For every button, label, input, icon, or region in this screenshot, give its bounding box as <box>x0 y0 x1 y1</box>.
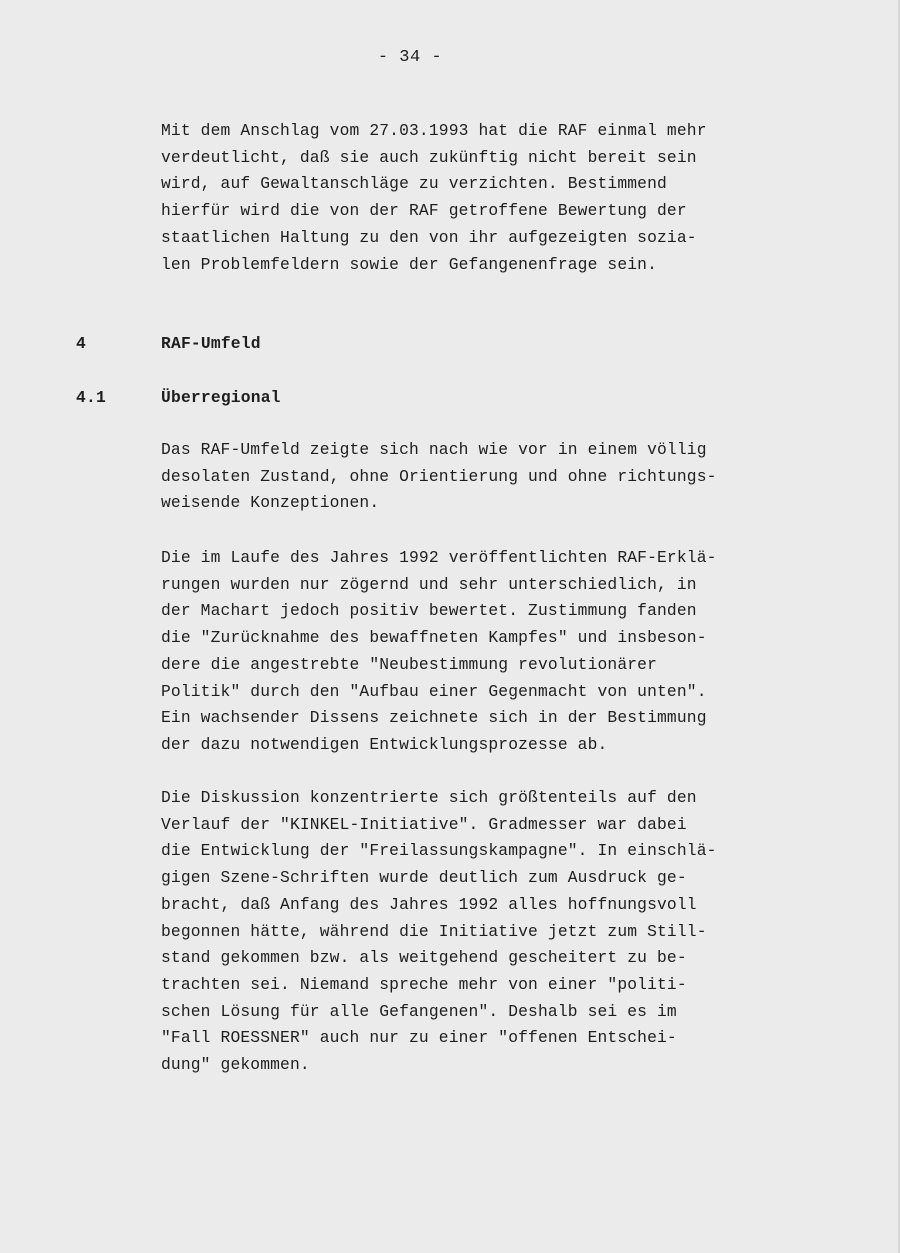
text-line: desolaten Zustand, ohne Orientierung und… <box>161 467 717 486</box>
text-line: dere die angestrebte "Neubestimmung revo… <box>161 655 657 674</box>
text-line: Ein wachsender Dissens zeichnete sich in… <box>161 708 707 727</box>
text-line: Das RAF-Umfeld zeigte sich nach wie vor … <box>161 440 707 459</box>
text-line: die "Zurücknahme des bewaffneten Kampfes… <box>161 628 707 647</box>
text-line: weisende Konzeptionen. <box>161 493 379 512</box>
page-number: - 34 - <box>0 48 820 67</box>
document-page: - 34 - Mit dem Anschlag vom 27.03.1993 h… <box>0 0 900 1253</box>
text-line: trachten sei. Niemand spreche mehr von e… <box>161 975 687 994</box>
text-line: schen Lösung für alle Gefangenen". Desha… <box>161 1002 677 1021</box>
section-title: RAF-Umfeld <box>161 334 261 353</box>
text-line: bracht, daß Anfang des Jahres 1992 alles… <box>161 895 697 914</box>
text-line: Die Diskussion konzentrierte sich größte… <box>161 788 697 807</box>
section-number: 4 <box>76 334 86 353</box>
text-line: gigen Szene-Schriften wurde deutlich zum… <box>161 868 687 887</box>
text-line: staatlichen Haltung zu den von ihr aufge… <box>161 228 697 247</box>
text-line: Politik" durch den "Aufbau einer Gegenma… <box>161 682 707 701</box>
text-line: stand gekommen bzw. als weitgehend gesch… <box>161 948 687 967</box>
paragraph-3: Die Diskussion konzentrierte sich größte… <box>161 785 801 1079</box>
intro-paragraph: Mit dem Anschlag vom 27.03.1993 hat die … <box>161 118 801 278</box>
text-line: verdeutlicht, daß sie auch zukünftig nic… <box>161 148 697 167</box>
text-line: Verlauf der "KINKEL-Initiative". Gradmes… <box>161 815 687 834</box>
text-line: der dazu notwendigen Entwicklungsprozess… <box>161 735 607 754</box>
text-line: die Entwicklung der "Freilassungskampagn… <box>161 841 717 860</box>
paragraph-1: Das RAF-Umfeld zeigte sich nach wie vor … <box>161 437 801 517</box>
text-line: rungen wurden nur zögernd und sehr unter… <box>161 575 697 594</box>
text-line: Mit dem Anschlag vom 27.03.1993 hat die … <box>161 121 707 140</box>
text-line: begonnen hätte, während die Initiative j… <box>161 922 707 941</box>
subsection-number: 4.1 <box>76 388 106 407</box>
text-line: hierfür wird die von der RAF getroffene … <box>161 201 687 220</box>
text-line: dung" gekommen. <box>161 1055 310 1074</box>
text-line: wird, auf Gewaltanschläge zu verzichten.… <box>161 174 667 193</box>
text-line: "Fall ROESSNER" auch nur zu einer "offen… <box>161 1028 677 1047</box>
paragraph-2: Die im Laufe des Jahres 1992 veröffentli… <box>161 545 801 759</box>
text-line: der Machart jedoch positiv bewertet. Zus… <box>161 601 697 620</box>
subsection-title: Überregional <box>161 388 281 407</box>
text-line: Die im Laufe des Jahres 1992 veröffentli… <box>161 548 717 567</box>
text-line: len Problemfeldern sowie der Gefangenenf… <box>161 255 657 274</box>
